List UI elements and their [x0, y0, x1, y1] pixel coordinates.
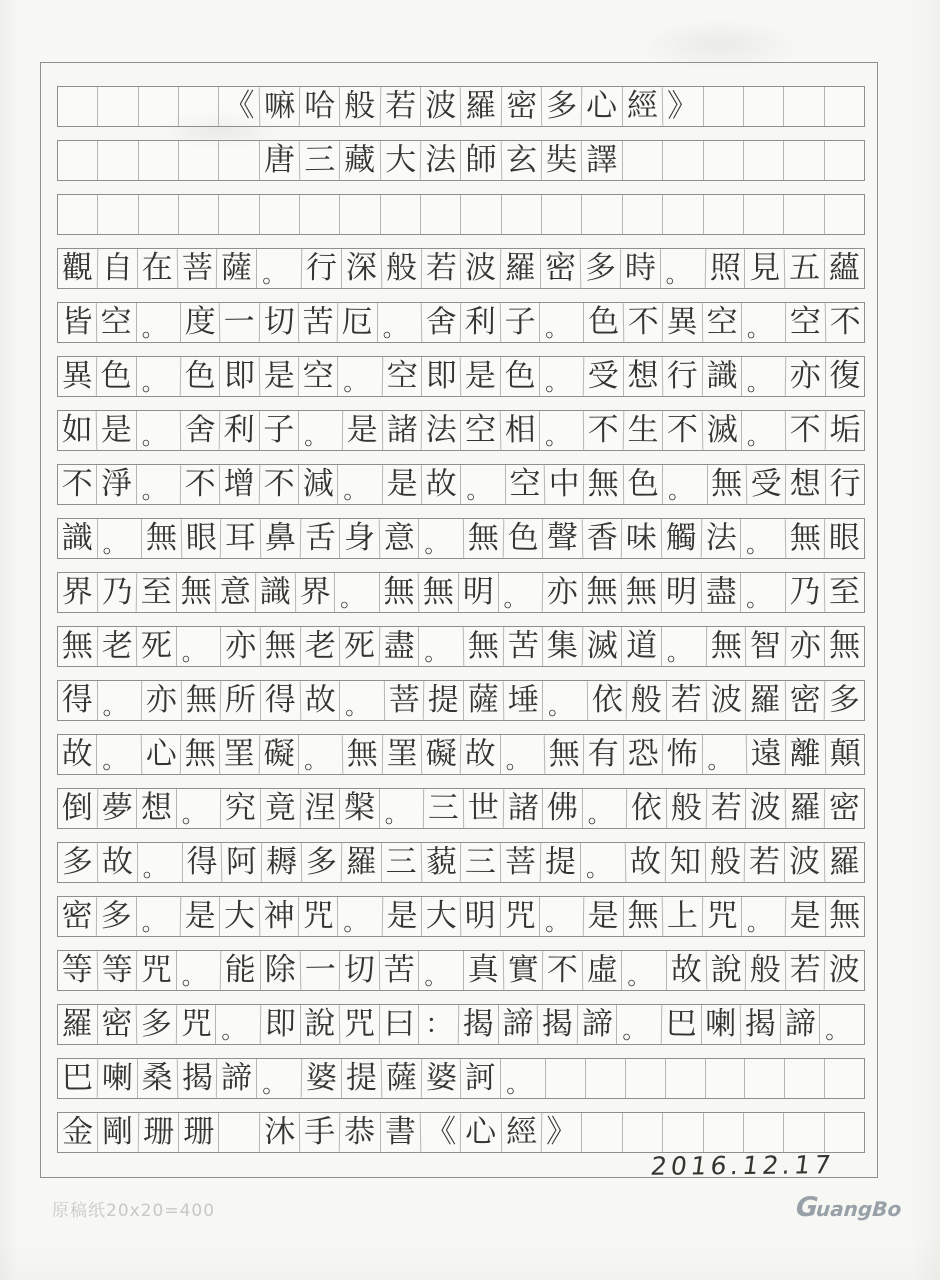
grid-cell-char: 無 — [418, 573, 458, 613]
grid-cell-char: 盡 — [378, 627, 418, 667]
grid-cell-char: 金 — [58, 1113, 98, 1152]
grid-cell-char: 減 — [298, 465, 337, 504]
grid-cell-char: 老 — [299, 627, 339, 666]
grid-cell-char: 佛 — [542, 789, 582, 828]
grid-cell-char: 。 — [740, 573, 785, 612]
grid-row — [57, 194, 865, 235]
grid-cell-char: 切 — [259, 303, 299, 342]
grid-cell-char: 《 — [218, 87, 258, 126]
grid-cell-char: 集 — [542, 627, 582, 666]
grid-cell-char: 罣 — [382, 735, 422, 774]
grid-cell-char: 上 — [662, 897, 702, 937]
grid-cell-char: 提 — [341, 1059, 381, 1098]
grid-cell-char: 道 — [621, 627, 661, 666]
grid-cell-char: 波 — [784, 843, 824, 882]
grid-cell-char: 顛 — [824, 735, 864, 774]
grid-cell-char: 。 — [137, 843, 182, 882]
grid-cell-empty — [662, 141, 702, 180]
grid-cell-char: 無 — [181, 681, 221, 720]
grid-cell-char: ： — [418, 1005, 458, 1044]
grid-cell-empty — [138, 87, 178, 126]
grid-cell-char: 。 — [616, 1005, 661, 1044]
grid-cell-char: 薩 — [216, 249, 256, 288]
grid-cell-char: 若 — [785, 951, 825, 990]
grid-cell-empty — [784, 1059, 824, 1098]
grid-cell-empty — [138, 195, 178, 234]
grid-cell-char: 異 — [662, 303, 702, 342]
grid-cell-char: 說 — [300, 1005, 340, 1044]
grid-cell-char: 沐 — [259, 1113, 300, 1152]
grid-cell-empty — [743, 195, 783, 234]
grid-cell-empty — [622, 141, 662, 180]
grid-cell-char: 識 — [701, 357, 741, 396]
grid-cell-char: 。 — [539, 357, 583, 396]
grid-row: 如是。舍利子。是諸法空相。不生不滅。不垢 — [57, 410, 865, 451]
grid-cell-char: 。 — [136, 357, 180, 396]
grid-cell-char: 。 — [377, 303, 421, 342]
grid-cell-empty — [541, 195, 581, 234]
grid-cell-char: 。 — [176, 789, 221, 828]
grid-cell-empty — [545, 1059, 585, 1098]
grid-cell-char: 想 — [136, 789, 176, 828]
grid-cell-char: 如 — [58, 411, 96, 450]
grid-cell-char: 無 — [544, 735, 584, 775]
grid-cell-char: 羅 — [745, 681, 785, 720]
grid-cell-char: 。 — [418, 951, 463, 990]
grid-cell-char: 是 — [258, 357, 298, 397]
grid-cell-char: 深 — [341, 249, 381, 288]
grid-cell-char: 。 — [539, 411, 583, 450]
grid-cell-char: 至 — [136, 573, 176, 613]
grid-cell-char: 三 — [381, 843, 421, 882]
grid-cell-empty — [783, 195, 823, 234]
grid-cell-char: 若 — [744, 843, 784, 883]
grid-cell-char: 利 — [219, 411, 259, 451]
grid-cell-char: 。 — [580, 843, 625, 882]
grid-cell-char: 多 — [136, 1005, 176, 1045]
grid-cell-char: 。 — [298, 411, 342, 450]
grid-cell-empty — [460, 195, 500, 234]
grid-cell-char: 故 — [58, 735, 97, 775]
grid-cell-char: 老 — [96, 627, 136, 666]
grid-cell-char: 羅 — [824, 843, 864, 883]
grid-cell-char: 異 — [58, 357, 97, 397]
grid-cell-empty — [138, 141, 178, 180]
grid-cell-char: 利 — [460, 303, 500, 342]
grid-cell-char: 知 — [665, 843, 705, 882]
grid-cell-char: 密 — [58, 897, 97, 937]
grid-cell-char: 是 — [785, 897, 825, 937]
brand-logo: GuangBo — [795, 1192, 917, 1223]
grid-cell-char: 色 — [623, 465, 663, 504]
grid-cell-char: 多 — [824, 681, 864, 721]
grid-cell-char: 依 — [626, 789, 666, 828]
grid-cell-char: 般 — [380, 249, 420, 289]
grid-cell-char: 空 — [96, 303, 136, 342]
grid-cell-char: 想 — [785, 465, 825, 504]
grid-cell-empty — [339, 195, 379, 234]
grid-cell-char: 是 — [460, 357, 500, 397]
grid-cell-char: 故 — [625, 843, 665, 883]
grid-cell-char: 波 — [745, 789, 785, 828]
grid-cell-char: 子 — [259, 411, 298, 450]
grid-cell-empty — [380, 195, 420, 234]
grid-cell-char: 無 — [463, 627, 503, 667]
grid-cell-char: 多 — [580, 249, 620, 289]
grid-cell-char: 不 — [58, 465, 97, 505]
grid-cell-char: 色 — [180, 357, 220, 397]
grid-cell-char: 無 — [180, 735, 220, 774]
grid-cell-char: 垢 — [824, 411, 864, 451]
grid-cell-char: 奘 — [541, 141, 582, 180]
grid-cell-char: 經 — [622, 87, 662, 126]
grid-cell-char: 。 — [539, 303, 583, 342]
grid-cell-char: 密 — [785, 681, 825, 720]
grid-cell-char: 世 — [463, 789, 503, 828]
grid-cell-empty — [705, 1059, 745, 1098]
grid-row: 唐三藏大法師玄奘譯 — [57, 140, 865, 181]
grid-cell-char: 舍 — [421, 303, 461, 343]
grid-cell-empty — [703, 87, 743, 126]
grid-cell-char: 密 — [97, 1005, 137, 1044]
grid-cell-char: 皆 — [58, 303, 97, 342]
grid-cell-char: 淨 — [96, 465, 135, 504]
grid-cell-char: 。 — [256, 1059, 301, 1098]
grid-cell-char: 是 — [382, 465, 422, 504]
grid-cell-char: 想 — [623, 357, 662, 396]
grid-cell-char: 相 — [499, 411, 539, 451]
grid-cell-char: 若 — [420, 249, 460, 288]
grid-cell-empty — [218, 1113, 258, 1152]
grid-cell-char: 離 — [785, 735, 825, 774]
grid-row: 無老死。亦無老死盡。無苦集滅道。無智亦無 — [57, 626, 865, 667]
grid-cell-char: 。 — [136, 411, 180, 450]
grid-cell-char: 多 — [301, 843, 341, 882]
grid-cell-char: 怖 — [662, 735, 702, 775]
grid-cell-char: 珊 — [137, 1113, 178, 1153]
grid-cell-char: 密 — [824, 789, 864, 828]
grid-cell-char: 若 — [705, 789, 745, 829]
grid-cell-char: 究 — [220, 789, 260, 828]
grid-row: 得。亦無所得故。菩提薩埵。依般若波羅密多 — [57, 680, 865, 721]
grid-cell-char: 密 — [540, 249, 580, 288]
grid-cell-char: 。 — [176, 627, 221, 666]
grid-cell-char: 三 — [299, 141, 340, 181]
grid-cell-char: 不 — [785, 411, 825, 450]
grid-cell-char: 鼻 — [260, 519, 300, 558]
grid-cell-char: 。 — [702, 735, 746, 774]
grid-cell-char: 羅 — [58, 1005, 97, 1045]
grid-cell-char: 倒 — [58, 789, 97, 828]
grid-cell-char: 等 — [58, 951, 97, 990]
grid-cell-char: 即 — [219, 357, 258, 396]
grid-cell-empty — [299, 195, 339, 234]
grid-cell-char: 無 — [623, 897, 662, 936]
grid-cell-empty — [97, 195, 137, 234]
grid-cell-char: 喇 — [97, 1059, 137, 1099]
grid-cell-empty — [625, 1059, 665, 1098]
grid-cell-char: 諦 — [498, 1005, 538, 1044]
grid-cell-char: 大 — [380, 141, 421, 180]
grid-cell-char: 書 — [380, 1113, 420, 1152]
grid-cell-empty — [58, 141, 97, 180]
grid-cell-char: 行 — [301, 249, 341, 289]
paper-frame: 《嘛哈般若波羅密多心經》唐三藏大法師玄奘譯觀自在菩薩。行深般若波羅密多時。照見五… — [40, 62, 878, 1178]
grid-cell-char: 生 — [623, 411, 663, 451]
grid-cell-char: 是 — [96, 411, 136, 451]
grid-row: 不淨。不增不減。是故。空中無色。無受想行 — [57, 464, 865, 505]
grid-row: 巴喇桑揭諦。婆提薩婆訶。 — [57, 1058, 865, 1099]
grid-cell-char: 空 — [298, 357, 338, 396]
grid-cell-char: 婆 — [420, 1059, 460, 1098]
grid-cell-char: 經 — [501, 1113, 542, 1152]
grid-cell-char: 。 — [542, 681, 587, 720]
grid-cell-char: 菩 — [384, 681, 424, 720]
grid-cell-char: 。 — [256, 249, 301, 288]
grid-cell-char: 能 — [220, 951, 260, 991]
grid-cell-char: 無 — [707, 465, 746, 504]
grid-cell-char: 。 — [176, 951, 221, 990]
grid-cell-char: 乃 — [96, 573, 136, 612]
grid-cell-char: 亦 — [785, 357, 825, 397]
manuscript-grid: 《嘛哈般若波羅密多心經》唐三藏大法師玄奘譯觀自在菩薩。行深般若波羅密多時。照見五… — [57, 86, 865, 1166]
grid-cell-char: 手 — [299, 1113, 340, 1152]
grid-cell-char: 心 — [140, 735, 180, 775]
grid-cell-char: 。 — [337, 357, 381, 396]
grid-cell-char: 涅 — [299, 789, 339, 829]
grid-cell-empty — [178, 141, 218, 180]
grid-cell-char: 色 — [96, 357, 136, 396]
grid-cell-char: 眼 — [824, 519, 864, 558]
grid-cell-char: 曰 — [379, 1005, 419, 1044]
grid-cell-char: 不 — [258, 465, 298, 505]
grid-cell-char: 無 — [176, 573, 216, 612]
grid-cell-char: 至 — [824, 573, 864, 613]
grid-cell-char: 得 — [182, 843, 222, 882]
grid-cell-char: 實 — [502, 951, 542, 991]
grid-cell-char: 不 — [583, 411, 623, 450]
grid-cell-char: 哈 — [299, 87, 340, 126]
grid-cell-empty — [97, 87, 137, 126]
grid-cell-char: 多 — [58, 843, 97, 882]
grid-cell-char: 心 — [581, 87, 622, 127]
grid-cell-char: 竟 — [260, 789, 300, 828]
grid-cell-char: 多 — [541, 87, 582, 126]
grid-cell-char: 無 — [621, 573, 661, 613]
grid-cell-char: 咒 — [298, 897, 338, 936]
grid-cell-empty — [58, 195, 97, 234]
grid-cell-char: 三 — [423, 789, 463, 828]
grid-cell-char: 。 — [418, 519, 463, 558]
grid-cell-char: 。 — [298, 735, 342, 774]
grid-cell-char: 提 — [423, 681, 463, 721]
grid-cell-char: 羅 — [500, 249, 540, 289]
grid-cell-char: 死 — [339, 627, 379, 666]
grid-cell-char: 法 — [421, 411, 461, 451]
grid-cell-char: 諸 — [502, 789, 542, 829]
grid-cell-char: 巴 — [661, 1005, 701, 1045]
grid-cell-char: 。 — [500, 735, 544, 774]
grid-row: 金剛珊珊沐手恭書《心經》 — [57, 1112, 865, 1153]
grid-cell-char: 。 — [97, 519, 142, 558]
grid-cell-char: 無 — [58, 627, 97, 667]
grid-cell-char: 苦 — [298, 303, 338, 342]
grid-row: 界乃至無意識界。無無明。亦無無明盡。乃至 — [57, 572, 865, 613]
grid-cell-char: 。 — [339, 681, 384, 720]
brand-logo-text: GuangBo — [795, 1192, 917, 1223]
grid-cell-char: 提 — [540, 843, 580, 883]
grid-cell-empty — [703, 195, 743, 234]
grid-cell-char: 故 — [299, 681, 339, 721]
grid-cell-char: 。 — [740, 519, 785, 558]
grid-cell-char: 諦 — [216, 1059, 256, 1098]
grid-cell-char: 訶 — [460, 1059, 500, 1098]
grid-cell-char: 埵 — [502, 681, 542, 721]
grid-cell-char: 唐 — [259, 141, 299, 180]
grid-cell-char: 恐 — [623, 735, 663, 774]
grid-cell-char: 。 — [539, 897, 583, 936]
grid-cell-char: 密 — [501, 87, 542, 126]
grid-cell-char: 是 — [342, 411, 382, 450]
grid-cell-char: 意 — [215, 573, 255, 613]
grid-cell-empty — [622, 1113, 662, 1152]
grid-cell-char: 觸 — [661, 519, 701, 558]
grid-cell-char: 是 — [180, 897, 220, 937]
grid-cell-char: 說 — [705, 951, 745, 991]
grid-cell-char: 槃 — [339, 789, 379, 828]
grid-cell-char: 大 — [421, 897, 460, 936]
grid-cell-char: 咒 — [136, 951, 176, 990]
grid-cell-char: 無 — [825, 897, 864, 936]
grid-cell-char: 。 — [96, 735, 140, 774]
grid-cell-empty — [581, 1113, 621, 1152]
grid-cell-char: 》 — [662, 87, 703, 127]
grid-cell-char: 無 — [583, 465, 623, 504]
grid-cell-char: 。 — [215, 1005, 260, 1044]
grid-cell-char: 五 — [784, 249, 824, 289]
grid-cell-char: 中 — [544, 465, 584, 505]
grid-cell-char: 罣 — [219, 735, 259, 774]
grid-cell-char: 譯 — [581, 141, 622, 180]
grid-cell-char: 菩 — [176, 249, 216, 289]
grid-cell-char: 除 — [260, 951, 300, 990]
grid-cell-char: 。 — [741, 411, 785, 450]
grid-cell-empty — [744, 1059, 784, 1098]
grid-cell-char: 有 — [583, 735, 623, 774]
grid-cell-char: 無 — [141, 519, 181, 558]
grid-cell-char: 切 — [339, 951, 379, 990]
grid-cell-char: 界 — [294, 573, 334, 612]
grid-cell-char: 空 — [505, 465, 544, 504]
handwritten-date: 2016.12.17 — [649, 1150, 836, 1181]
grid-cell-char: 故 — [460, 735, 500, 775]
grid-cell-char: 在 — [137, 249, 177, 288]
grid-cell-char: 是 — [583, 897, 623, 937]
grid-cell-char: 不 — [824, 303, 864, 343]
grid-cell-char: 觀 — [58, 249, 97, 288]
grid-cell-char: 照 — [704, 249, 744, 289]
grid-cell-char: 。 — [379, 789, 424, 828]
grid-cell-empty — [662, 195, 702, 234]
grid-cell-char: 羅 — [784, 789, 824, 829]
grid-cell-char: 無 — [379, 573, 419, 612]
grid-cell-char: 礙 — [258, 735, 298, 775]
grid-cell-char: 苦 — [502, 627, 542, 666]
grid-cell-char: 波 — [824, 951, 864, 991]
grid-cell-char: 大 — [219, 897, 258, 936]
grid-cell-char: 色 — [502, 519, 542, 559]
grid-cell-char: 乃 — [785, 573, 825, 612]
grid-cell-char: 味 — [621, 519, 661, 558]
grid-cell-char: 。 — [741, 303, 785, 342]
grid-row: 識。無眼耳鼻舌身意。無色聲香味觸法。無眼 — [57, 518, 865, 559]
grid-cell-char: 空 — [701, 303, 741, 342]
grid-cell-char: 時 — [620, 249, 660, 288]
grid-cell-char: 藏 — [339, 141, 380, 180]
grid-cell-char: 等 — [96, 951, 136, 991]
grid-cell-char: 羅 — [341, 843, 381, 883]
grid-cell-empty — [97, 141, 137, 180]
grid-cell-char: 般 — [339, 87, 380, 126]
grid-cell-char: 諦 — [780, 1005, 820, 1044]
grid-cell-empty — [743, 141, 783, 180]
grid-cell-char: 師 — [460, 141, 500, 180]
grid-cell-char: 空 — [381, 357, 421, 397]
grid-cell-char: 增 — [219, 465, 259, 504]
grid-cell-char: 故 — [97, 843, 137, 882]
grid-row: 羅密多咒。即說咒曰：揭諦揭諦。巴喇揭諦。 — [57, 1004, 865, 1045]
grid-cell-char: 。 — [334, 573, 379, 612]
grid-cell-char: 。 — [741, 897, 785, 936]
grid-row: 《嘛哈般若波羅密多心經》 — [57, 86, 865, 127]
grid-cell-char: 耨 — [261, 843, 301, 882]
grid-cell-char: 依 — [587, 681, 627, 720]
grid-cell-char: 不 — [623, 303, 663, 343]
grid-cell-char: 桑 — [137, 1059, 177, 1098]
grid-cell-char: 亦 — [542, 573, 582, 613]
grid-cell-char: 明 — [661, 573, 701, 612]
grid-cell-char: 聲 — [542, 519, 582, 558]
grid-row: 多故。得阿耨多羅三藐三菩提。故知般若波羅 — [57, 842, 865, 883]
grid-cell-char: 舌 — [299, 519, 339, 559]
grid-cell-empty — [743, 1113, 783, 1152]
grid-cell-char: 所 — [220, 681, 260, 721]
grid-cell-char: 受 — [583, 357, 623, 397]
grid-cell-char: 諦 — [577, 1005, 617, 1044]
grid-cell-char: 阿 — [221, 843, 261, 883]
grid-cell-char: 般 — [745, 951, 785, 990]
grid-cell-empty — [218, 141, 258, 180]
grid-cell-char: 蘊 — [824, 249, 864, 288]
grid-cell-char: 滅 — [581, 627, 621, 667]
grid-cell-char: 苦 — [379, 951, 419, 990]
grid-cell-empty — [824, 87, 864, 126]
grid-cell-char: 。 — [661, 627, 706, 666]
grid-cell-char: 耳 — [220, 519, 260, 558]
grid-cell-char: 咒 — [339, 1005, 379, 1045]
grid-cell-empty — [662, 1113, 702, 1152]
grid-cell-char: 不 — [180, 465, 220, 504]
grid-cell-char: 咒 — [176, 1005, 216, 1044]
grid-cell-char: 受 — [746, 465, 786, 505]
grid-cell-empty — [622, 195, 662, 234]
grid-cell-char: 識 — [255, 573, 295, 612]
grid-cell-char: 意 — [378, 519, 418, 559]
grid-cell-char: 波 — [420, 87, 460, 126]
grid-cell-char: 。 — [97, 681, 142, 720]
grid-cell-empty — [824, 195, 864, 234]
grid-cell-char: 。 — [460, 465, 504, 504]
